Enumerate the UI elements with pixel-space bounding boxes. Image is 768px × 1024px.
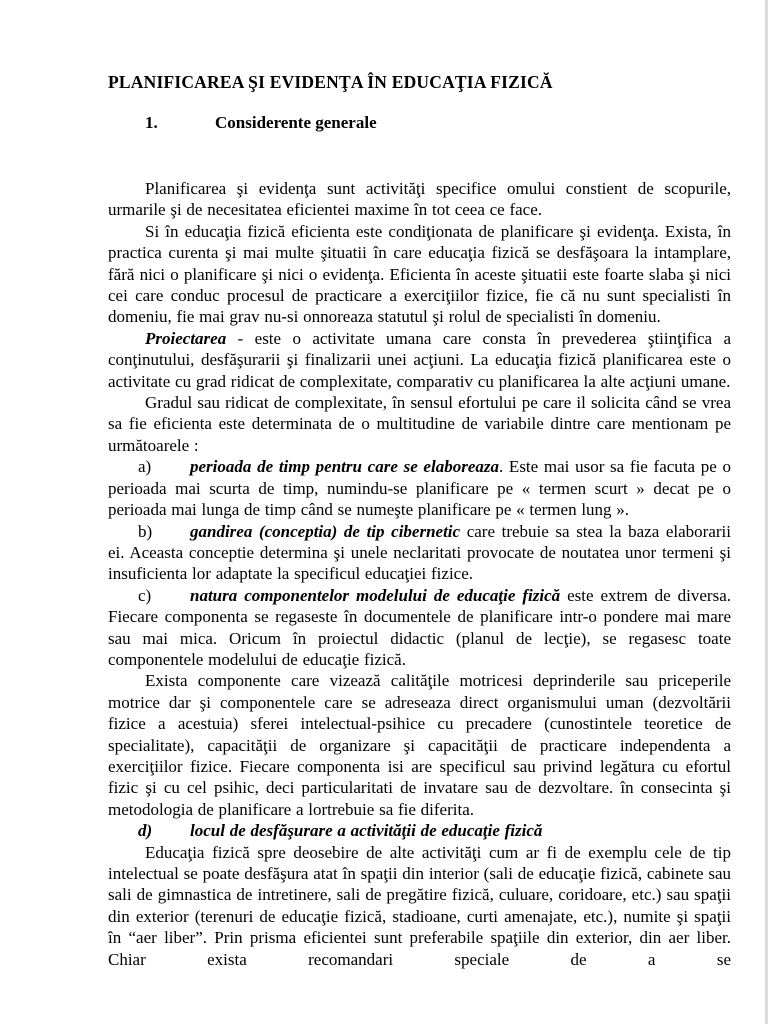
paragraph: Educaţia fizică spre deosebire de alte a…: [108, 842, 731, 970]
section-heading: 1.Considerente generale: [108, 111, 731, 135]
emphasis-text: Proiectarea: [145, 329, 226, 348]
paragraph: Si în educaţia fizică eficienta este con…: [108, 221, 731, 328]
list-item: a)perioada de timp pentru care se elabor…: [108, 456, 731, 520]
body-text: Educaţia fizică spre deosebire de alte a…: [108, 843, 731, 969]
document-title: PLANIFICAREA ŞI EVIDENŢA ÎN EDUCAŢIA FIZ…: [108, 70, 731, 94]
document-page: PLANIFICAREA ŞI EVIDENŢA ÎN EDUCAŢIA FIZ…: [0, 0, 768, 1024]
list-item: d)locul de desfăşurare a activităţii de …: [108, 820, 731, 841]
paragraph: Gradul sau ridicat de complexitate, în s…: [108, 392, 731, 456]
paragraph: Proiectarea - este o activitate umana ca…: [108, 328, 731, 392]
list-item: b)gandirea (conceptia) de tip cibernetic…: [108, 521, 731, 585]
emphasis-text: locul de desfăşurare a activităţii de ed…: [190, 821, 542, 840]
body-text: Planificarea şi evidenţa sunt activităţi…: [108, 179, 731, 219]
item-marker: d): [108, 820, 190, 841]
list-item: c)natura componentelor modelului de educ…: [108, 585, 731, 671]
item-marker: b): [108, 521, 190, 542]
body-text: Gradul sau ridicat de complexitate, în s…: [108, 393, 731, 455]
paragraph: Exista componente care vizează calităţil…: [108, 670, 731, 820]
section-title: Considerente generale: [215, 113, 377, 132]
item-marker: c): [108, 585, 190, 606]
section-number: 1.: [108, 111, 215, 135]
item-marker: a): [108, 456, 190, 477]
body-text: Exista componente care vizează calităţil…: [108, 671, 731, 818]
body-text: Si în educaţia fizică eficienta este con…: [108, 222, 731, 327]
emphasis-text: perioada de timp pentru care se elaborea…: [190, 457, 499, 476]
emphasis-text: gandirea (conceptia) de tip cibernetic: [190, 522, 460, 541]
emphasis-text: natura componentelor modelului de educaţ…: [190, 586, 560, 605]
document-body: Planificarea şi evidenţa sunt activităţi…: [108, 178, 731, 970]
paragraph: Planificarea şi evidenţa sunt activităţi…: [108, 178, 731, 221]
